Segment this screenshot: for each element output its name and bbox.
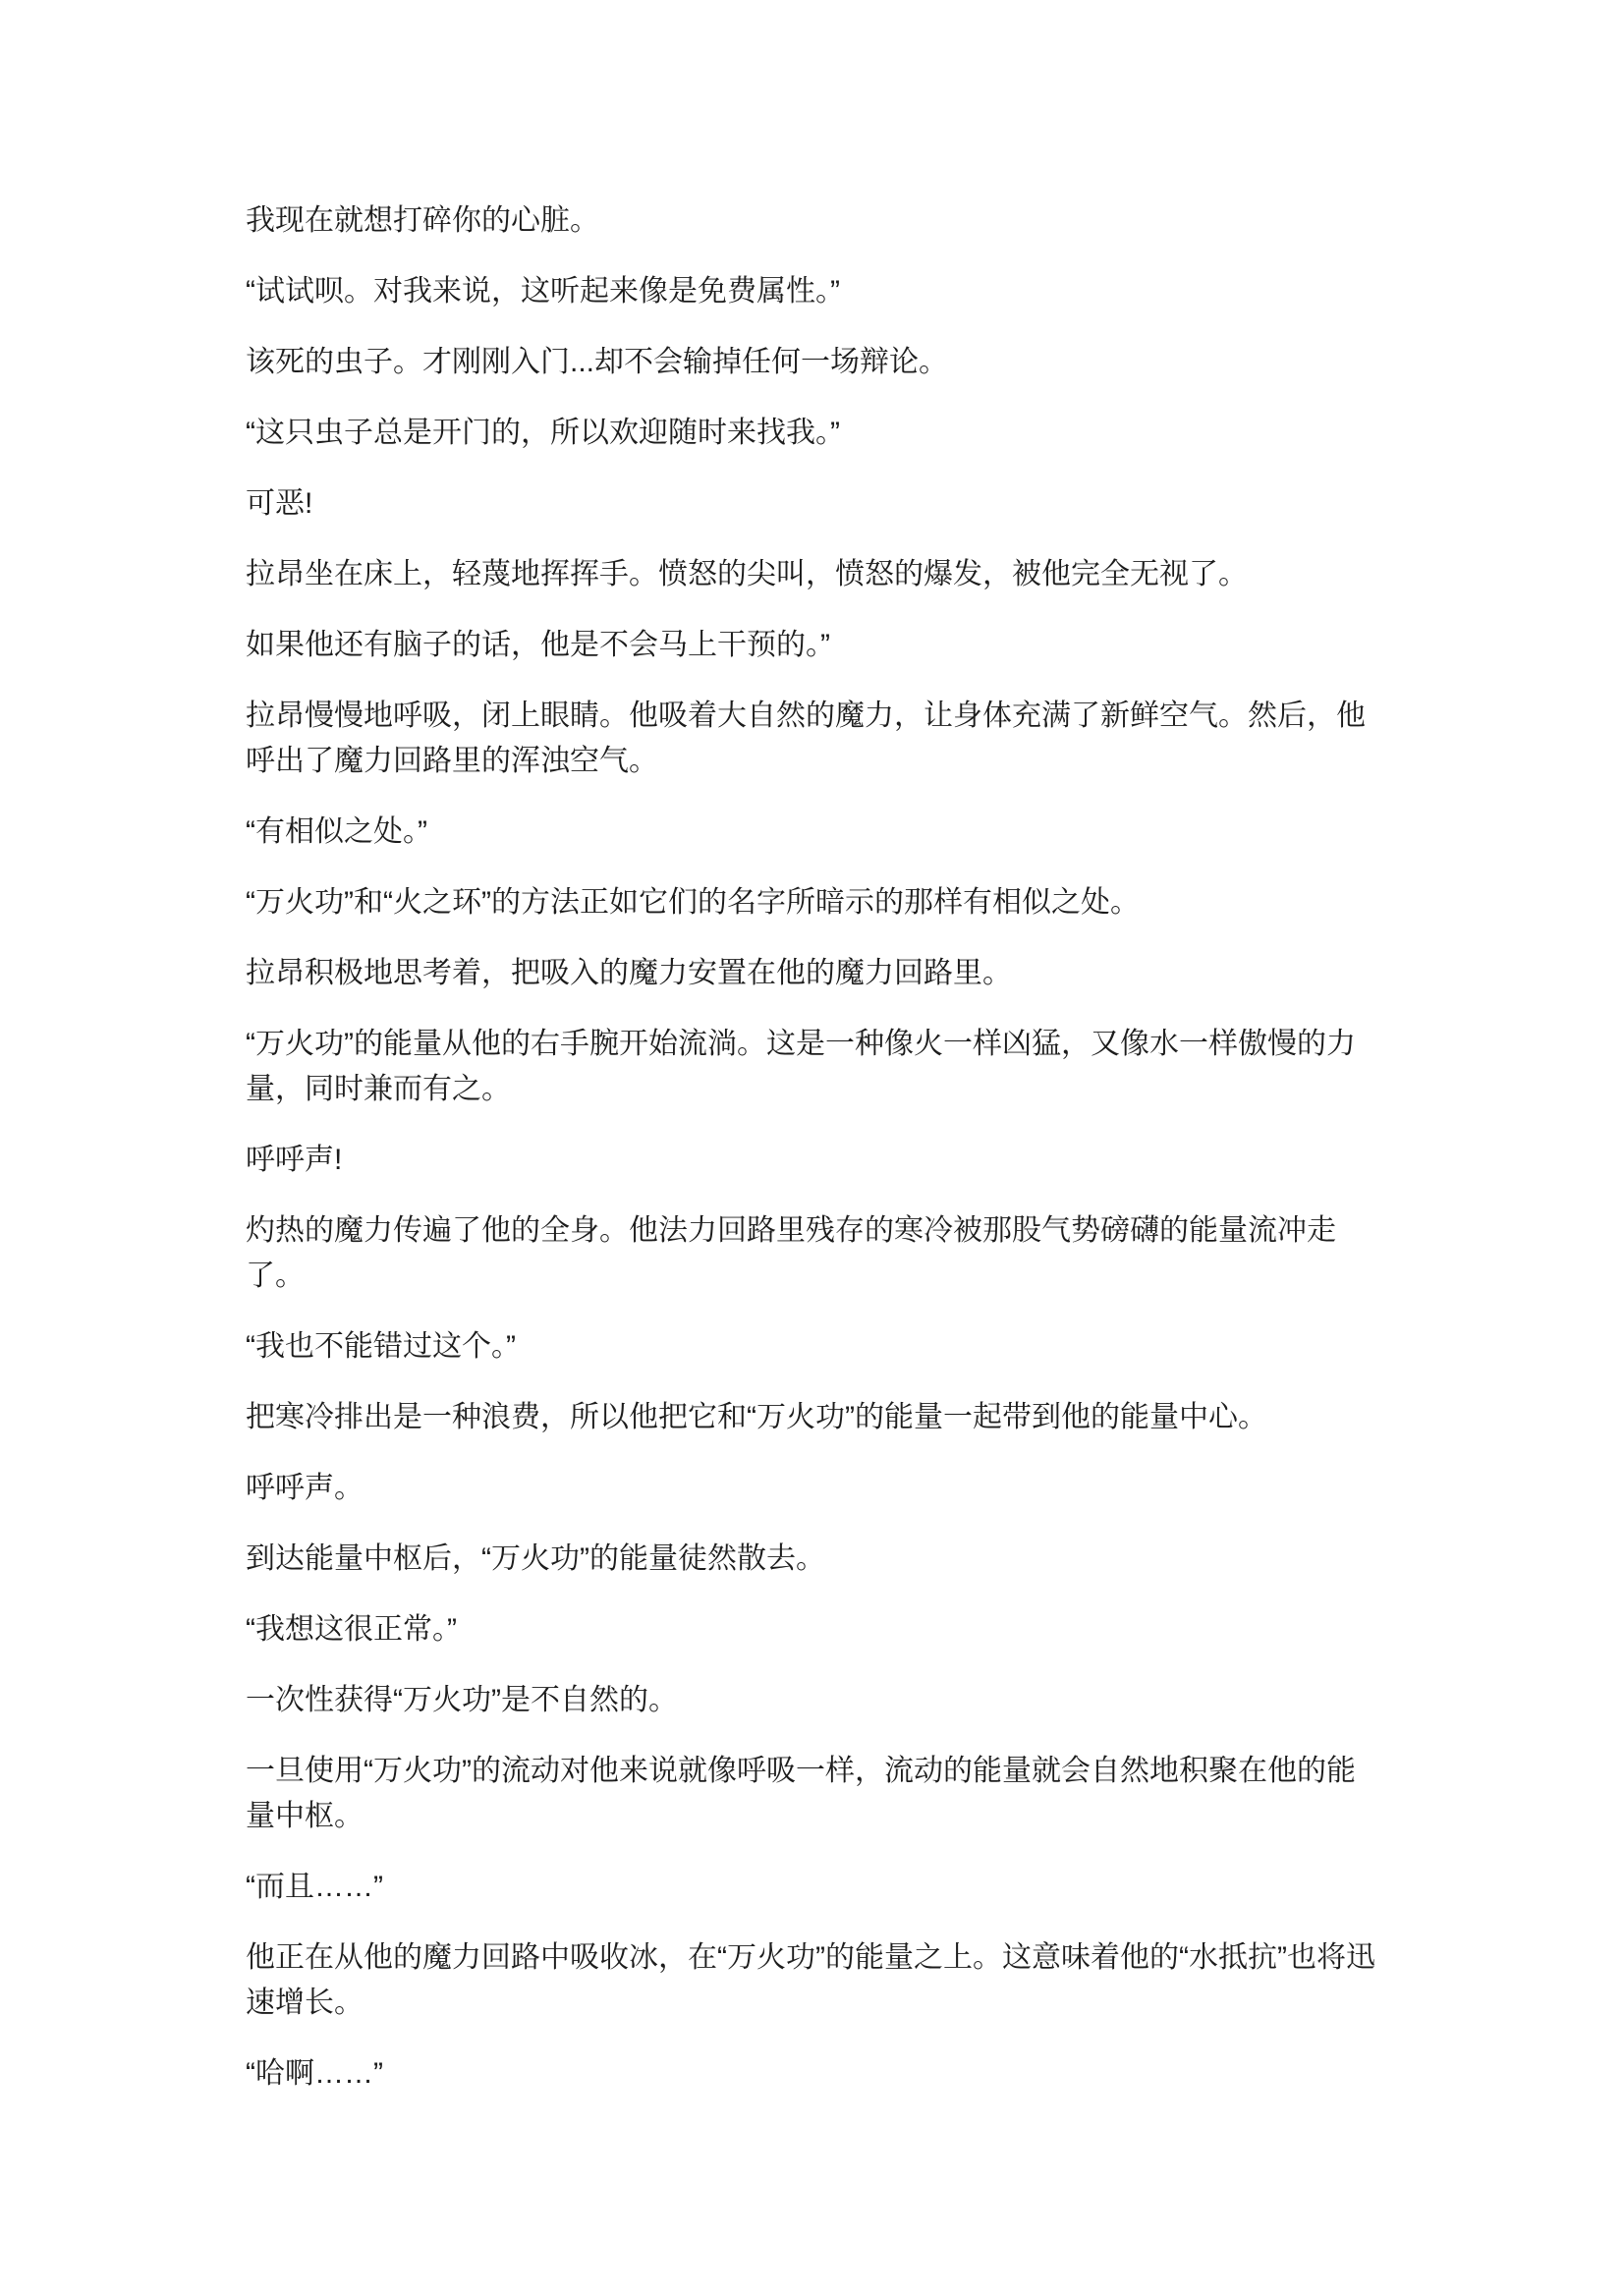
paragraph: “我也不能错过这个。” [246,1324,1383,1370]
paragraph: 灼热的魔力传遍了他的全身。他法力回路里残存的寒冷被那股气势磅礴的能量流冲走了。 [246,1208,1383,1299]
paragraph: 如果他还有脑子的话，他是不会马上干预的。” [246,623,1383,668]
document-background: { "document": { "language": "zh-CN", "ba… [0,0,1624,2296]
paragraph: 呼呼声! [246,1138,1383,1183]
paragraph: 我现在就想打碎你的心脏。 [246,198,1383,244]
paragraph: “试试呗。对我来说，这听起来像是免费属性。” [246,269,1383,314]
paragraph: 把寒冷排出是一种浪费，所以他把它和“万火功”的能量一起带到他的能量中心。 [246,1395,1383,1440]
paragraph: “我想这很正常。” [246,1607,1383,1652]
paragraph: 拉昂积极地思考着，把吸入的魔力安置在他的魔力回路里。 [246,951,1383,996]
paragraph: “哈啊……” [246,2051,1383,2097]
paragraph: 到达能量中枢后，“万火功”的能量徒然散去。 [246,1537,1383,1582]
paragraph: “而且……” [246,1865,1383,1910]
paragraph: “有相似之处。” [246,810,1383,855]
paragraph: 拉昂坐在床上，轻蔑地挥挥手。愤怒的尖叫，愤怒的爆发，被他完全无视了。 [246,552,1383,597]
paragraph: 可恶! [246,481,1383,527]
paragraph: 一次性获得“万火功”是不自然的。 [246,1678,1383,1723]
paragraph: 呼呼声。 [246,1466,1383,1511]
paragraph: “万火功”和“火之环”的方法正如它们的名字所暗示的那样有相似之处。 [246,880,1383,925]
paragraph: “这只虫子总是开门的，所以欢迎随时来找我。” [246,411,1383,456]
document-page: 我现在就想打碎你的心脏。“试试呗。对我来说，这听起来像是免费属性。”该死的虫子。… [246,198,1383,2122]
paragraph: “万火功”的能量从他的右手腕开始流淌。这是一种像火一样凶猛，又像水一样傲慢的力量… [246,1022,1383,1112]
paragraph: 一旦使用“万火功”的流动对他来说就像呼吸一样，流动的能量就会自然地积聚在他的能量… [246,1749,1383,1839]
paragraph: 他正在从他的魔力回路中吸收冰，在“万火功”的能量之上。这意味着他的“水抵抗”也将… [246,1935,1383,2026]
paragraph: 拉昂慢慢地呼吸，闭上眼睛。他吸着大自然的魔力，让身体充满了新鲜空气。然后，他呼出… [246,694,1383,784]
paragraph: 该死的虫子。才刚刚入门...却不会输掉任何一场辩论。 [246,340,1383,385]
